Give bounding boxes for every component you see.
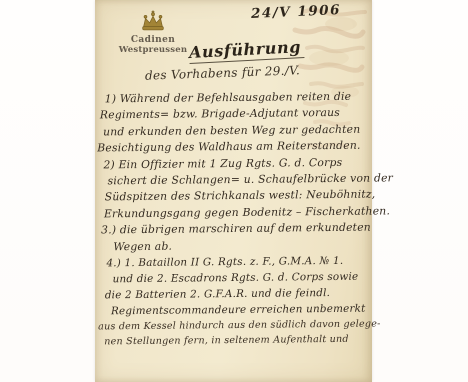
- letterhead-province: Westpreussen: [111, 45, 195, 55]
- date-handwritten: 24/V 1906: [251, 2, 342, 22]
- document-title: Ausführung: [189, 37, 305, 64]
- letter-page: 24/V 1906 Cadinen Westpreussen Ausführun…: [95, 0, 372, 382]
- crown-icon: [138, 9, 168, 33]
- handwritten-line: 3.) die übrigen marschiren auf dem erkun…: [95, 220, 372, 239]
- letterhead-estate: Cadinen: [111, 35, 195, 45]
- handwritten-line: nen Stellungen fern, in seltenem Aufenth…: [96, 332, 373, 350]
- handwritten-line: und die 2. Escadrons Rgts. G. d. Corps s…: [96, 269, 373, 288]
- letterhead: Cadinen Westpreussen: [111, 9, 195, 55]
- photo-background: 24/V 1906 Cadinen Westpreussen Ausführun…: [0, 0, 468, 382]
- letter-body: 1) Während der Befehlsausgaben reiten di…: [94, 89, 374, 350]
- document-subtitle: des Vorhabens für 29./V.: [145, 63, 300, 82]
